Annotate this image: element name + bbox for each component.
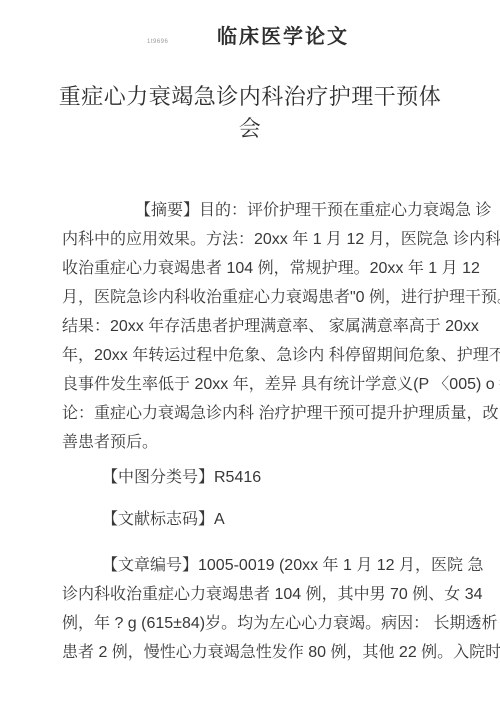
abstract-line: 善患者预后。	[62, 428, 442, 457]
article-line: 例，年 ? g (615±84)岁。均为左心心力衰竭。病因： 长期透析	[62, 609, 442, 638]
abstract-line: 内科中的应用效果。方法：20xx 年 1 月 12 月，医院急 诊内科	[62, 225, 442, 254]
abstract-line: 论：重症心力衰竭急诊内科 治疗护理干预可提升护理质量，改	[62, 399, 442, 428]
document-title-line-1: 重症心力衰竭急诊内科治疗护理干预体	[40, 81, 460, 113]
document-code-line: 【文献标志码】A	[102, 510, 225, 530]
clc-number-line: 【中图分类号】R5416	[102, 468, 261, 488]
abstract-line: 收治重症心力衰竭患者 104 例，常规护理。20xx 年 1 月 12	[62, 254, 442, 283]
article-line: 患者 2 例，慢性心力衰竭急性发作 80 例，其他 22 例。入院时	[62, 638, 442, 667]
abstract-line: 结果：20xx 年存活患者护理满意率、 家属满意率高于 20xx	[62, 312, 442, 341]
document-page: 1t9696 临床医学论文 重症心力衰竭急诊内科治疗护理干预体 会 【摘要】目的…	[0, 0, 500, 706]
abstract-line: 年，20xx 年转运过程中危象、急诊内 科停留期间危象、护理不	[62, 341, 442, 370]
abstract-line: 【摘要】目的：评价护理干预在重症心力衰竭急 诊	[62, 196, 442, 225]
document-category-heading: 临床医学论文	[66, 25, 500, 49]
article-number-paragraph: 【文章编号】1005-0019 (20xx 年 1 月 12 月，医院 急 诊内…	[62, 551, 442, 667]
abstract-line: 良事件发生率低于 20xx 年，差异 具有统计学意义(P 〈005) o 结	[62, 370, 442, 399]
abstract-line: 月，医院急诊内科收治重症心力衰竭患者"0 例，进行护理干预。	[62, 283, 442, 312]
article-line: 【文章编号】1005-0019 (20xx 年 1 月 12 月，医院 急	[62, 551, 442, 580]
abstract-paragraph: 【摘要】目的：评价护理干预在重症心力衰竭急 诊 内科中的应用效果。方法：20xx…	[62, 196, 442, 457]
article-line: 诊内科收治重症心力衰竭患者 104 例，其中男 70 例、女 34	[62, 580, 442, 609]
document-title-line-2: 会	[40, 113, 460, 145]
document-title: 重症心力衰竭急诊内科治疗护理干预体 会	[40, 81, 460, 145]
